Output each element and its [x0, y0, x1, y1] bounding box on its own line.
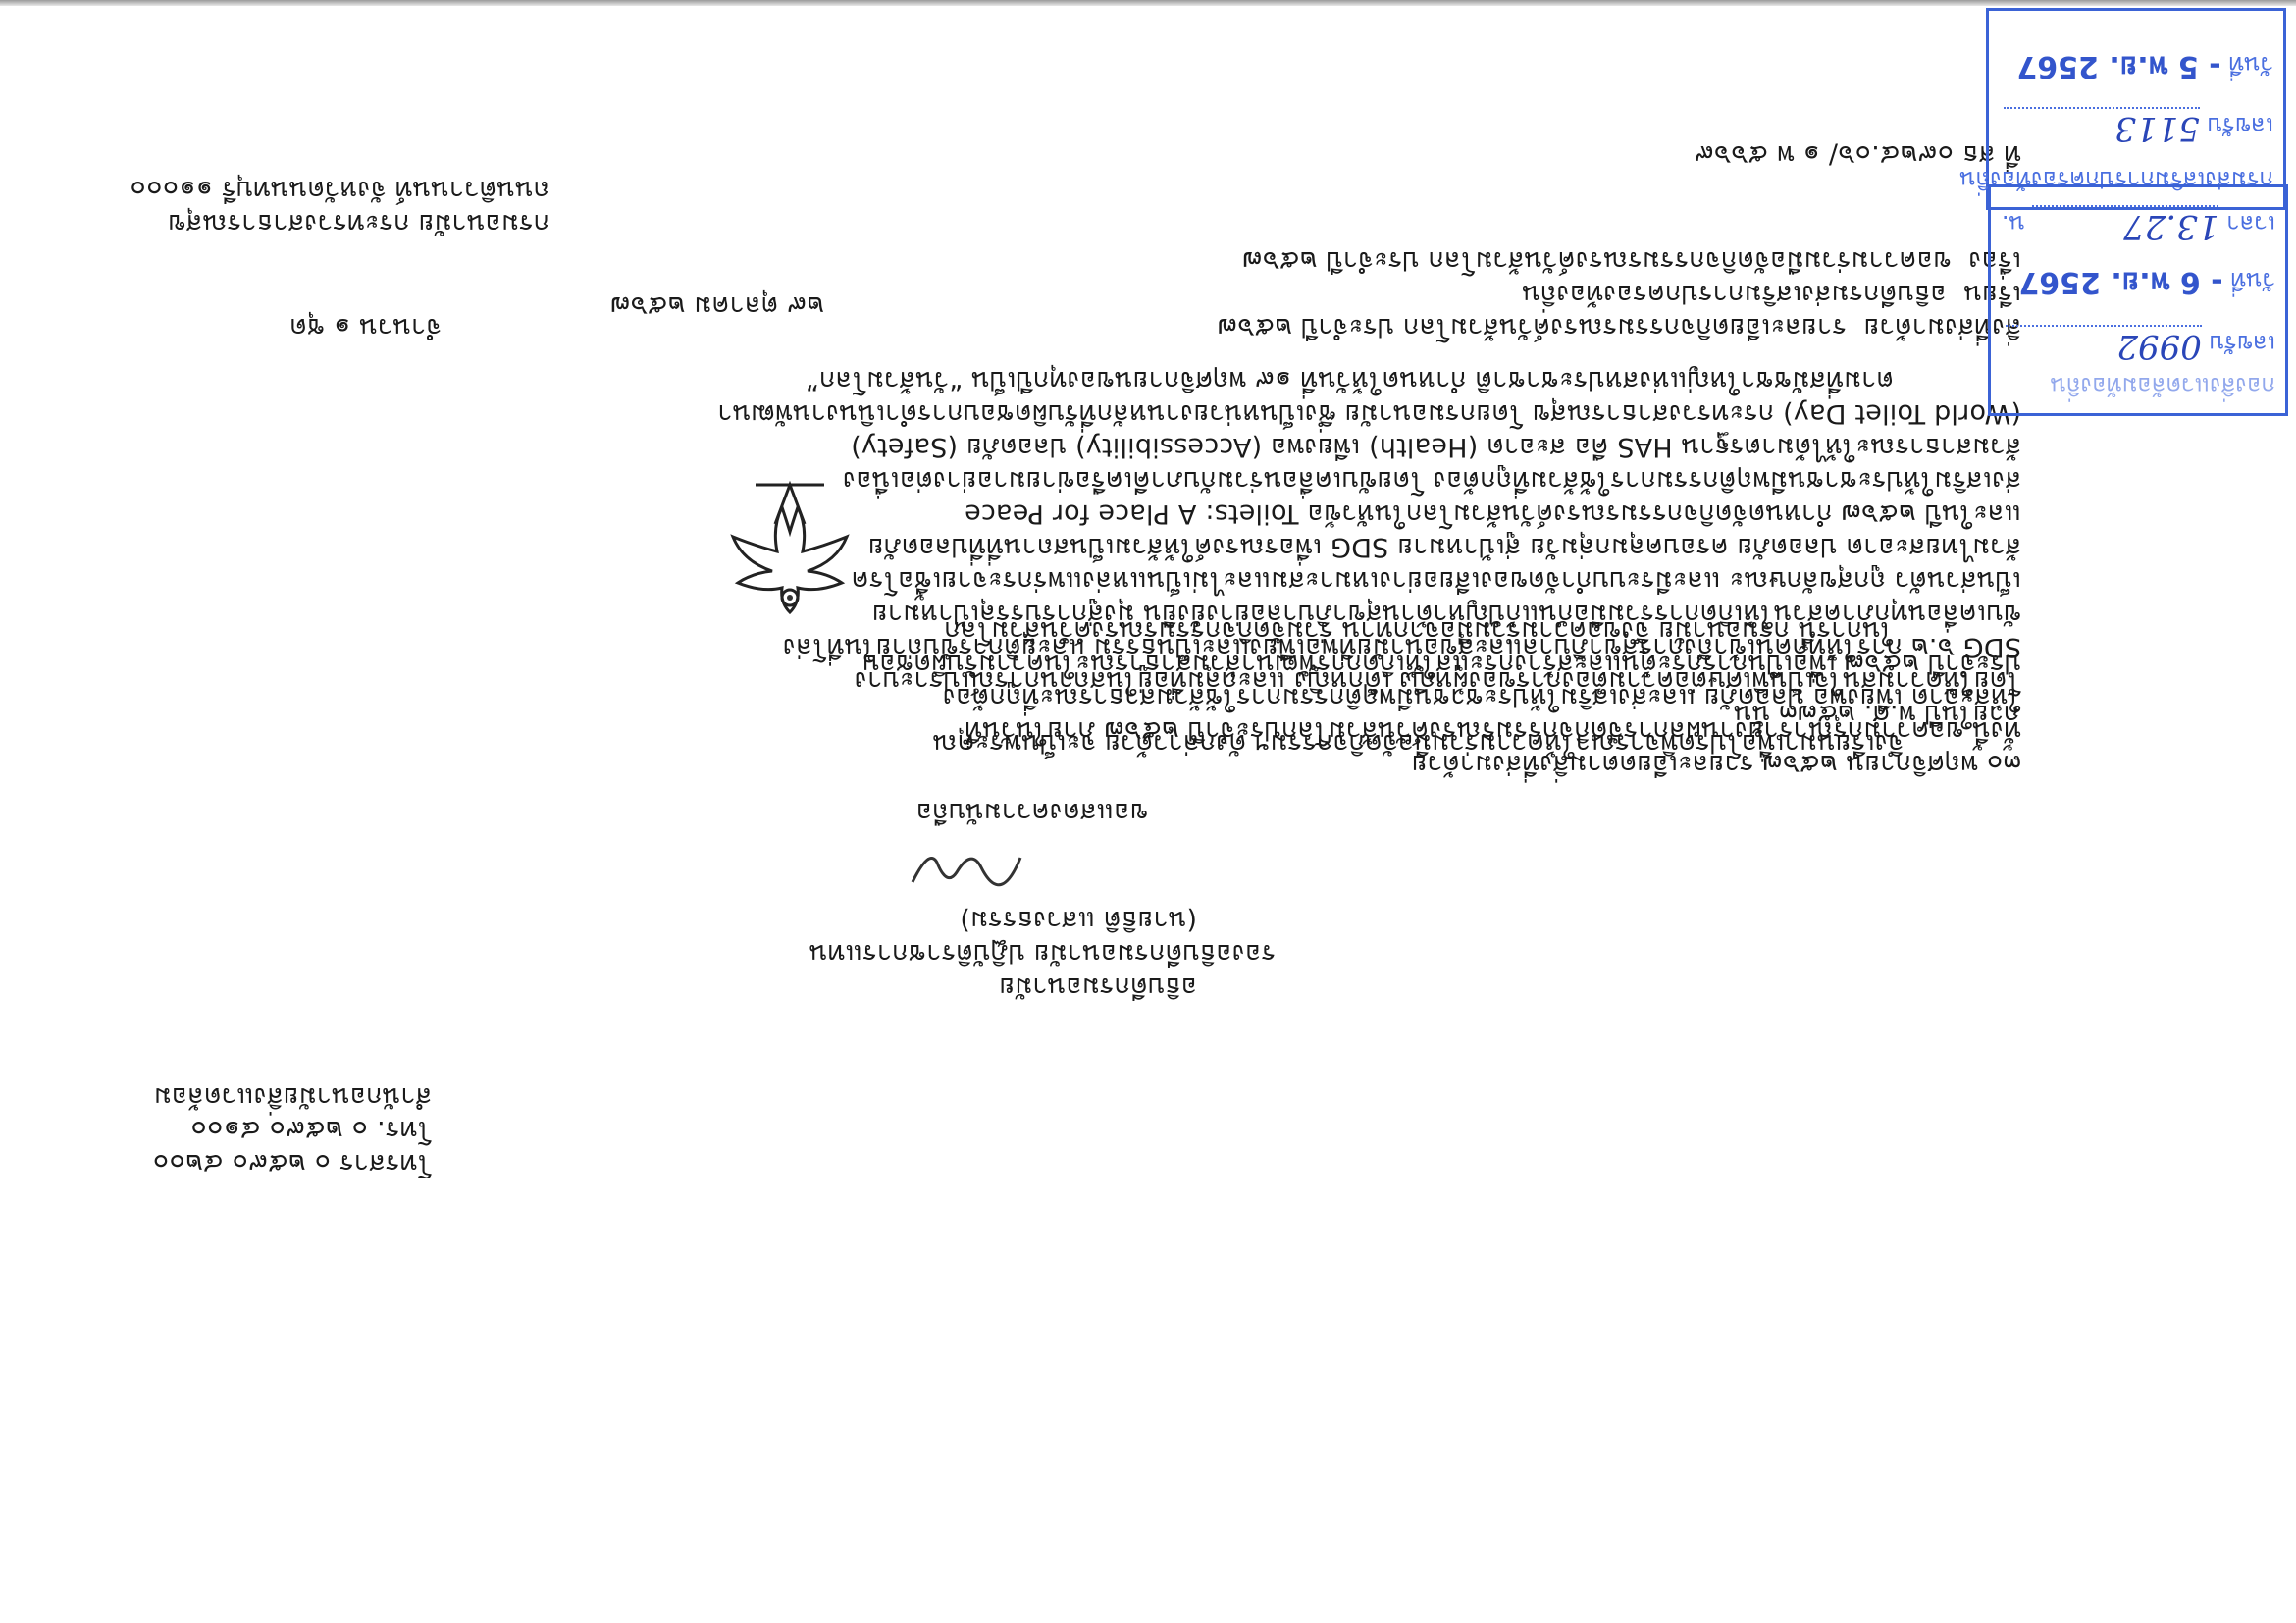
enclosure-line: สิ่งที่ส่งมาด้วย รายละเอียดกิจกรรมรณรงค์…	[1218, 310, 2022, 343]
body-line: ส้วมไทยสะอาด ปลอดภัย ครอบคลุมกลุ่มวัย สู…	[868, 530, 2021, 563]
body-line: ประจำปี ๒๕๖๗ เพื่อเป็นการกระตุ้นและสร้าง…	[862, 647, 2021, 680]
to-text: อธิบดีกรมส่งเสริมการปกครองท้องถิ่น	[1522, 279, 1947, 309]
enclosure-text: รายละเอียดกิจกรรมรณรงค์วันส้วมโลก ประจำป…	[1218, 312, 1847, 342]
receipt-stamp-dla: กรมส่งเสริมการปกครองท้องถิ่น เลขรับ 5113…	[1986, 8, 2286, 210]
stamp1-number: 5113	[2114, 109, 2200, 148]
stamp2-number-dots: 0992	[2006, 325, 2202, 366]
closing-request: จึงเรียนมาเพื่อโปรดพิจารณาให้ความร่วมมือ…	[932, 726, 1904, 759]
stamp2-title: กองสิ่งแวดล้อมท้องถิ่น	[2051, 367, 2275, 405]
closing-salutation: ขอแสดงความนับถือ	[916, 795, 1148, 828]
stamp1-number-dots: 5113	[2004, 107, 2200, 148]
stamp2-number: 0992	[2116, 327, 2202, 366]
stamp2-time: 13.27	[2123, 207, 2218, 246]
stamp2-time-label: เวลา	[2226, 210, 2275, 237]
issuer-address: ถนนติวานนท์ จังหวัดนนทบุรี ๑๑๐๐๐	[130, 173, 549, 206]
receipt-stamp-division: กองสิ่งแวดล้อมท้องถิ่น เลขรับ 0992 วันที…	[1988, 184, 2288, 416]
signatory-title-2: อธิบดีกรมอนามัย	[999, 969, 1197, 1003]
footer-tel: โทร. ๐ ๒๕๙๐ ๔๑๐๐	[190, 1113, 432, 1146]
stamp2-date-label: วันที่	[2230, 267, 2275, 294]
salutation-line: เรียน อธิบดีกรมส่งเสริมการปกครองท้องถิ่น	[1522, 277, 2021, 310]
stamp2-date-row: วันที่ - 6 พ.ย. 2567	[2018, 259, 2275, 305]
body-line: ให้สะอาด เพียงพอ ปลอดภัย และส่งเสริมให้ป…	[943, 680, 2021, 713]
body-line: ส่งเสริมให้ประชาชนมีพฤติกรรมการใช้ส้วมที…	[843, 463, 2021, 497]
stamp2-date: - 6 พ.ย. 2567	[2018, 265, 2222, 299]
stamp1-number-label: เลขรับ	[2208, 112, 2273, 139]
stamp2-number-row: เลขรับ 0992	[2006, 325, 2275, 366]
stamp1-date-label: วันที่	[2228, 51, 2273, 79]
signatory-name: (นายธิติ แสวงธรรม)	[960, 903, 1197, 936]
stamp1-date-row: วันที่ - 5 พ.ย. 2567	[2016, 43, 2273, 89]
stamp2-time-row: เวลา 13.27 น.	[2002, 205, 2275, 246]
subject-text: ขอความร่วมมือจัดกิจกรรมรณรงค์วันส้วมโลก …	[1242, 245, 1951, 276]
enclosure-count: จำนวน ๑ ชุด	[289, 310, 442, 343]
subject-line: เรื่อง ขอความร่วมมือจัดกิจกรรมรณรงค์วันส…	[1242, 243, 2021, 277]
stamp2-number-label: เลขรับ	[2210, 330, 2275, 357]
body-line: ในการนี้ กรมอนามัย จึงขอความร่วมมือจากท่…	[944, 613, 1894, 647]
footer-unit: สำนักอนามัยสิ่งแวดล้อม	[154, 1079, 432, 1113]
scanned-letter-page: ที่ สธ ๐๙๒๔.๐๖/ ๑ พ ๕๖๖๙ กรมอนามัย กระทร…	[0, 0, 2296, 1623]
letter-date: ๒๙ ตุลาคม ๒๕๖๗	[610, 288, 824, 322]
body-line: (World Toilet Day) กระทรวงสาธารณสุข โดยก…	[717, 396, 2021, 430]
body-line: และในปี ๒๕๖๗ กำหนดจัดกิจกรรมรณรงค์วันส้ว…	[965, 497, 2021, 530]
body-line: ตามที่สมัชชาใหญ่แห่งสหประชาชาติ กำหนดให้…	[806, 363, 1894, 396]
stamp2-time-suffix: น.	[2002, 210, 2025, 237]
stamp1-date: - 5 พ.ย. 2567	[2016, 49, 2220, 83]
issuer-org: กรมอนามัย กระทรวงสาธารณสุข	[168, 206, 549, 239]
stamp2-time-dots: 13.27	[2032, 205, 2218, 246]
garuda-emblem-icon	[716, 465, 863, 632]
body-line: เป็นส่วนตัว ถูกสุขลักษณะ และมีระบบกำจัดข…	[851, 563, 2021, 597]
stamp1-number-row: เลขรับ 5113	[2004, 107, 2273, 148]
footer-fax: โทรสาร ๐ ๒๕๙๐ ๔๒๐๐	[153, 1146, 432, 1179]
signatory-title-1: รองอธิบดีกรมอนามัย ปฏิบัติราชการแทน	[809, 936, 1276, 969]
body-line: ส้วมสาธารณะให้ได้มาตรฐาน HAS คือ สะอาด (…	[851, 430, 2021, 463]
